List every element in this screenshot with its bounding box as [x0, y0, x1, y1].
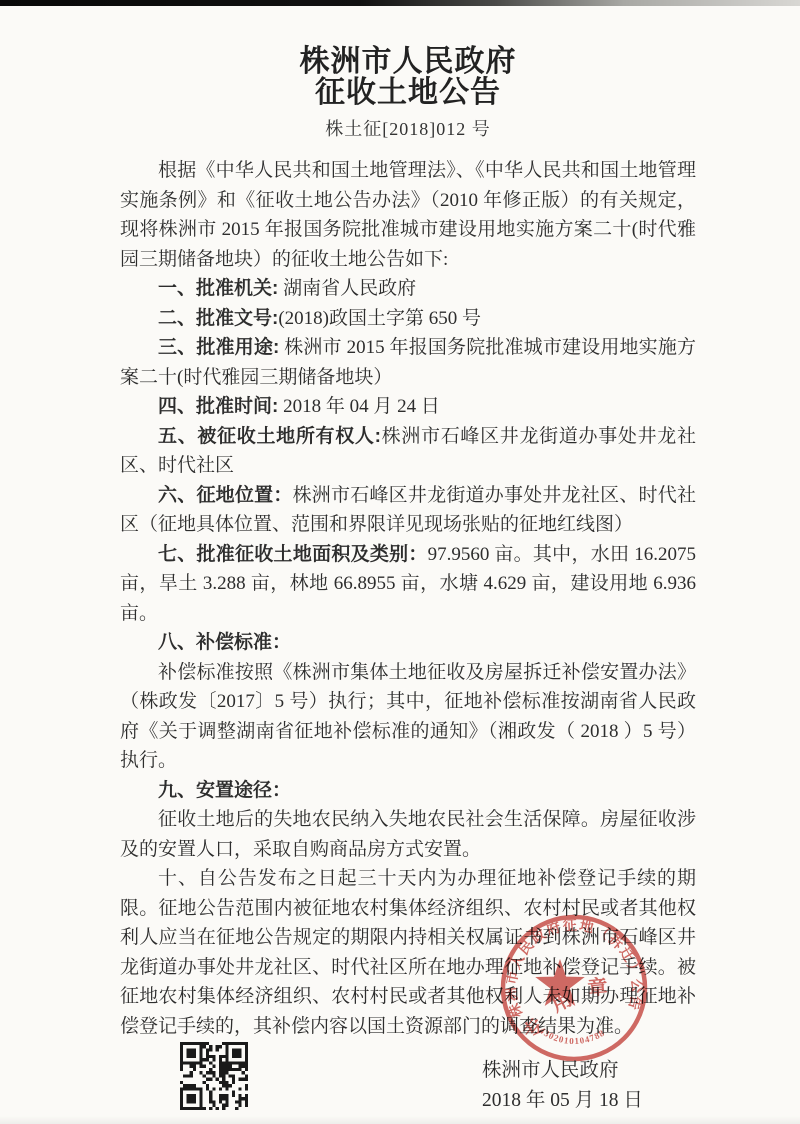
- intro-text: 根据《中华人民共和国土地管理法》、《中华人民共和国土地管理实施条例》和《征收土地…: [120, 160, 696, 270]
- item-5-landowner: 五、被征收土地所有权人:株洲市石峰区井龙街道办事处井龙社区、时代社区: [120, 422, 696, 481]
- item-value: 十、自公告发布之日起三十天内为办理征地补偿登记手续的期限。征地公告范围内被征地农…: [120, 868, 696, 1037]
- item-label: 三、批准用途:: [158, 337, 279, 358]
- item-value: 补偿标准按照《株洲市集体土地征收及房屋拆迁补偿安置办法》（株政发〔2017〕5 …: [120, 662, 696, 772]
- item-8-compensation-standard-heading: 八、补偿标准：: [120, 628, 696, 658]
- item-value: 2018 年 04 月 24 日: [278, 396, 440, 417]
- item-3-approved-use: 三、批准用途: 株洲市 2015 年报国务院批准城市建设用地实施方案二十(时代雅…: [120, 333, 696, 392]
- item-9-resettlement-body: 征收土地后的失地农民纳入失地农民社会生活保障。房屋征收涉及的安置人口，采取自购商…: [120, 805, 696, 864]
- issuer-title: 株洲市人民政府: [120, 46, 696, 77]
- item-label: 一、批准机关:: [158, 278, 278, 299]
- signature-block: 株洲市人民政府 2018 年 05 月 18 日: [482, 1056, 643, 1116]
- signature-issuer: 株洲市人民政府: [482, 1056, 643, 1086]
- item-label: 四、批准时间:: [158, 396, 278, 417]
- item-label: 五、被征收土地所有权人:: [158, 426, 381, 447]
- item-9-resettlement-heading: 九、安置途径：: [120, 776, 696, 806]
- notice-body: 根据《中华人民共和国土地管理法》、《中华人民共和国土地管理实施条例》和《征收土地…: [120, 156, 696, 1041]
- signature-date: 2018 年 05 月 18 日: [482, 1086, 643, 1116]
- qr-code-image: [180, 1042, 248, 1110]
- intro-paragraph: 根据《中华人民共和国土地管理法》、《中华人民共和国土地管理实施条例》和《征收土地…: [120, 156, 696, 274]
- item-label: 八、补偿标准：: [158, 632, 291, 653]
- notice-title: 征收土地公告: [120, 77, 696, 108]
- item-value: (2018)政国土字第 650 号: [278, 308, 481, 329]
- item-8-compensation-standard-body: 补偿标准按照《株洲市集体土地征收及房屋拆迁补偿安置办法》（株政发〔2017〕5 …: [120, 658, 696, 776]
- item-value: 征收土地后的失地农民纳入失地农民社会生活保障。房屋征收涉及的安置人口，采取自购商…: [120, 809, 696, 860]
- document-page: 株洲市人民政府 征收土地公告 株土征[2018]012 号 根据《中华人民共和国…: [0, 0, 800, 1124]
- scan-edge-bottom: [0, 1116, 800, 1124]
- item-value: 湖南省人民政府: [278, 278, 416, 299]
- item-label: 六、征地位置：: [158, 485, 293, 506]
- document-number: 株土征[2018]012 号: [120, 117, 696, 141]
- item-1-approving-authority: 一、批准机关: 湖南省人民政府: [120, 274, 696, 304]
- item-label: 七、批准征收土地面积及类别：: [158, 544, 428, 565]
- item-4-approval-date: 四、批准时间: 2018 年 04 月 24 日: [120, 392, 696, 422]
- notice-content: 株洲市人民政府 征收土地公告 株土征[2018]012 号 根据《中华人民共和国…: [120, 0, 696, 1041]
- item-2-approval-doc-number: 二、批准文号:(2018)政国土字第 650 号: [120, 304, 696, 334]
- item-label: 二、批准文号:: [158, 308, 278, 329]
- item-10-registration-deadline: 十、自公告发布之日起三十天内为办理征地补偿登记手续的期限。征地公告范围内被征地农…: [120, 864, 696, 1041]
- item-7-land-area: 七、批准征收土地面积及类别：97.9560 亩。其中，水田 16.2075 亩，…: [120, 540, 696, 629]
- item-label: 九、安置途径：: [158, 780, 291, 801]
- title-block: 株洲市人民政府 征收土地公告: [120, 46, 696, 108]
- item-6-land-location: 六、征地位置：株洲市石峰区井龙街道办事处井龙社区、时代社区（征地具体位置、范围和…: [120, 481, 696, 540]
